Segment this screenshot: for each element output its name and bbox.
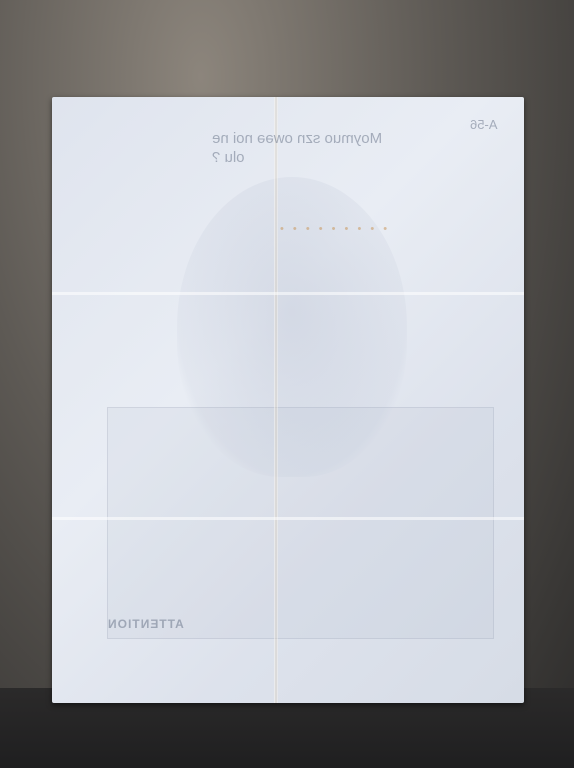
mirrored-question-text: Moymuo szn owəə noi ne olu ?	[212, 129, 382, 167]
mirrored-bottom-label: ATTENTION	[107, 617, 184, 631]
horizontal-fold-crease	[52, 517, 524, 520]
show-through-frame	[107, 407, 494, 639]
paper-sheet: Moymuo szn owəə noi ne olu ? A-56 ATTENT…	[52, 97, 524, 703]
horizontal-fold-crease	[52, 292, 524, 295]
orange-dot-row: • • • • • • • • •	[280, 223, 390, 235]
vertical-fold-crease	[274, 97, 278, 703]
mirrored-code-label: A-56	[470, 117, 497, 132]
